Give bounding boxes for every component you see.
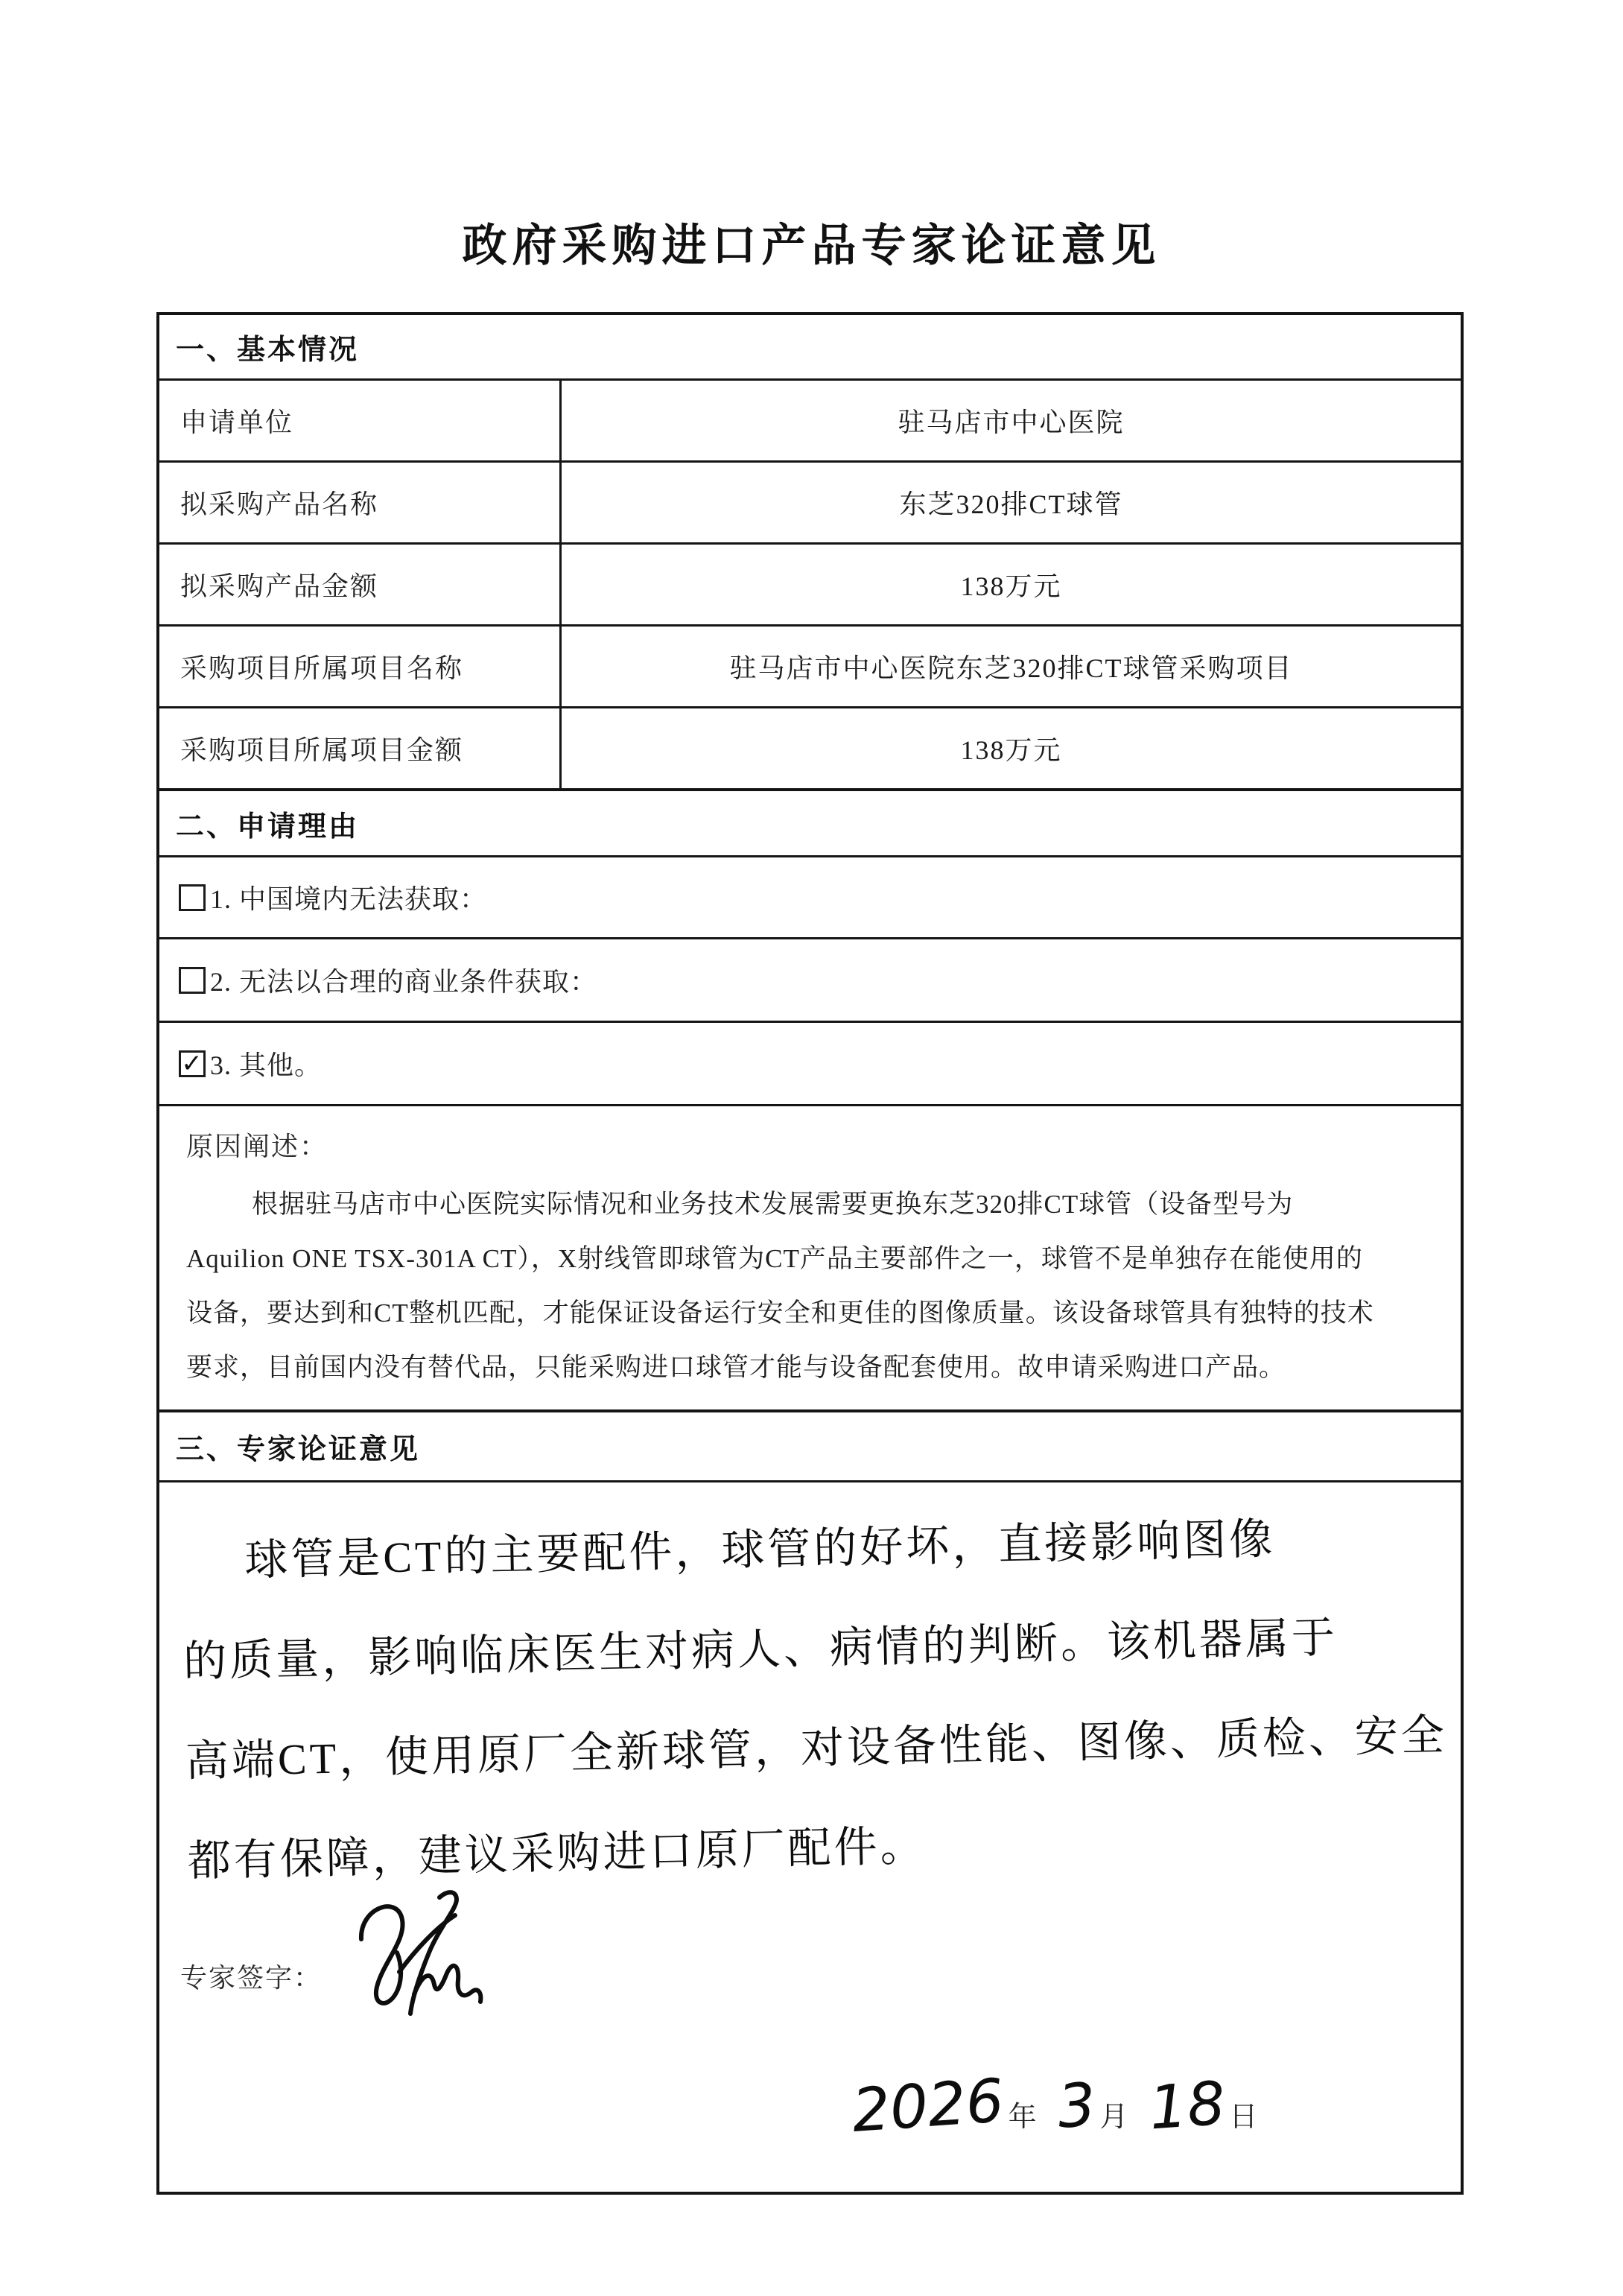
table-row-product-name: 拟采购产品名称 东芝320排CT球管: [159, 460, 1461, 542]
document-page: 政府采购进口产品专家论证意见 一、基本情况 申请单位 驻马店市中心医院 拟采购产…: [0, 0, 1623, 2296]
opinion-date: 2026 年 3 月 18 日: [852, 2071, 1259, 2140]
info-label: 拟采购产品金额: [159, 545, 562, 624]
checkbox-checked: ✓: [179, 1050, 206, 1077]
checkbox-unchecked: [179, 967, 206, 994]
table-row-project-name: 采购项目所属项目名称 驻马店市中心医院东芝320排CT球管采购项目: [159, 624, 1461, 706]
date-year-handwritten: 2026: [850, 2066, 1006, 2146]
table-row-product-amount: 拟采购产品金额 138万元: [159, 542, 1461, 624]
section1-header: 一、基本情况: [159, 315, 1461, 378]
date-year-label: 年: [1009, 2093, 1038, 2134]
signature-row: 专家签字：: [180, 1922, 499, 2030]
checkbox-unchecked: [179, 884, 206, 911]
info-value: 138万元: [562, 708, 1461, 788]
info-value: 驻马店市中心医院: [562, 381, 1461, 460]
expert-signature-label: 专家签字：: [180, 1957, 322, 1995]
reason-option-2: 2. 无法以合理的商业条件获取：: [159, 937, 1461, 1021]
reason-statement-label: 原因阐述：: [186, 1126, 1438, 1164]
info-value: 东芝320排CT球管: [562, 463, 1461, 542]
reason-statement-text: 根据驻马店市中心医院实际情况和业务技术发展需要更换东芝320排CT球管（设备型号…: [186, 1177, 1438, 1395]
date-day-label: 日: [1229, 2093, 1259, 2134]
table-row-project-amount: 采购项目所属项目金额 138万元: [159, 706, 1461, 788]
info-label: 拟采购产品名称: [159, 463, 562, 542]
signature-scribble: [328, 1881, 499, 2030]
info-value: 驻马店市中心医院东芝320排CT球管采购项目: [562, 627, 1461, 706]
reason-statement-block: 原因阐述： 根据驻马店市中心医院实际情况和业务技术发展需要更换东芝320排CT球…: [159, 1104, 1461, 1409]
option-label: 1. 中国境内无法获取：: [210, 878, 487, 916]
info-value: 138万元: [562, 545, 1461, 624]
document-title: 政府采购进口产品专家论证意见: [0, 210, 1623, 274]
reason-line: Aquilion ONE TSX-301A CT），X射线管即球管为CT产品主要…: [186, 1231, 1438, 1286]
section3-header: 三、专家论证意见: [159, 1409, 1461, 1480]
table-row-applicant: 申请单位 驻马店市中心医院: [159, 378, 1461, 460]
reason-option-1: 1. 中国境内无法获取：: [159, 855, 1461, 937]
reason-line: 设备，要达到和CT整机匹配，才能保证设备运行安全和更佳的图像质量。该设备球管具有…: [186, 1286, 1438, 1340]
option-label: 3. 其他。: [210, 1044, 322, 1082]
info-label: 采购项目所属项目金额: [159, 708, 562, 788]
handwritten-opinion: 球管是CT的主要配件，球管的好坏，直接影响图像 的质量，影响临床医生对病人、病情…: [180, 1485, 1454, 1911]
info-label: 申请单位: [159, 381, 562, 460]
info-label: 采购项目所属项目名称: [159, 627, 562, 706]
section2-header: 二、申请理由: [159, 788, 1461, 855]
expert-opinion-form: 一、基本情况 申请单位 驻马店市中心医院 拟采购产品名称 东芝320排CT球管 …: [156, 312, 1464, 2195]
reason-line: 要求，目前国内没有替代品，只能采购进口球管才能与设备配套使用。故申请采购进口产品…: [186, 1340, 1438, 1395]
option-label: 2. 无法以合理的商业条件获取：: [210, 961, 597, 999]
reason-line: 根据驻马店市中心医院实际情况和业务技术发展需要更换东芝320排CT球管（设备型号…: [186, 1177, 1438, 1231]
date-day-handwritten: 18: [1146, 2069, 1227, 2143]
reason-option-3: ✓ 3. 其他。: [159, 1021, 1461, 1104]
date-month-label: 月: [1100, 2093, 1130, 2134]
date-month-handwritten: 3: [1055, 2070, 1097, 2141]
expert-opinion-block: 球管是CT的主要配件，球管的好坏，直接影响图像 的质量，影响临床医生对病人、病情…: [159, 1480, 1461, 2192]
